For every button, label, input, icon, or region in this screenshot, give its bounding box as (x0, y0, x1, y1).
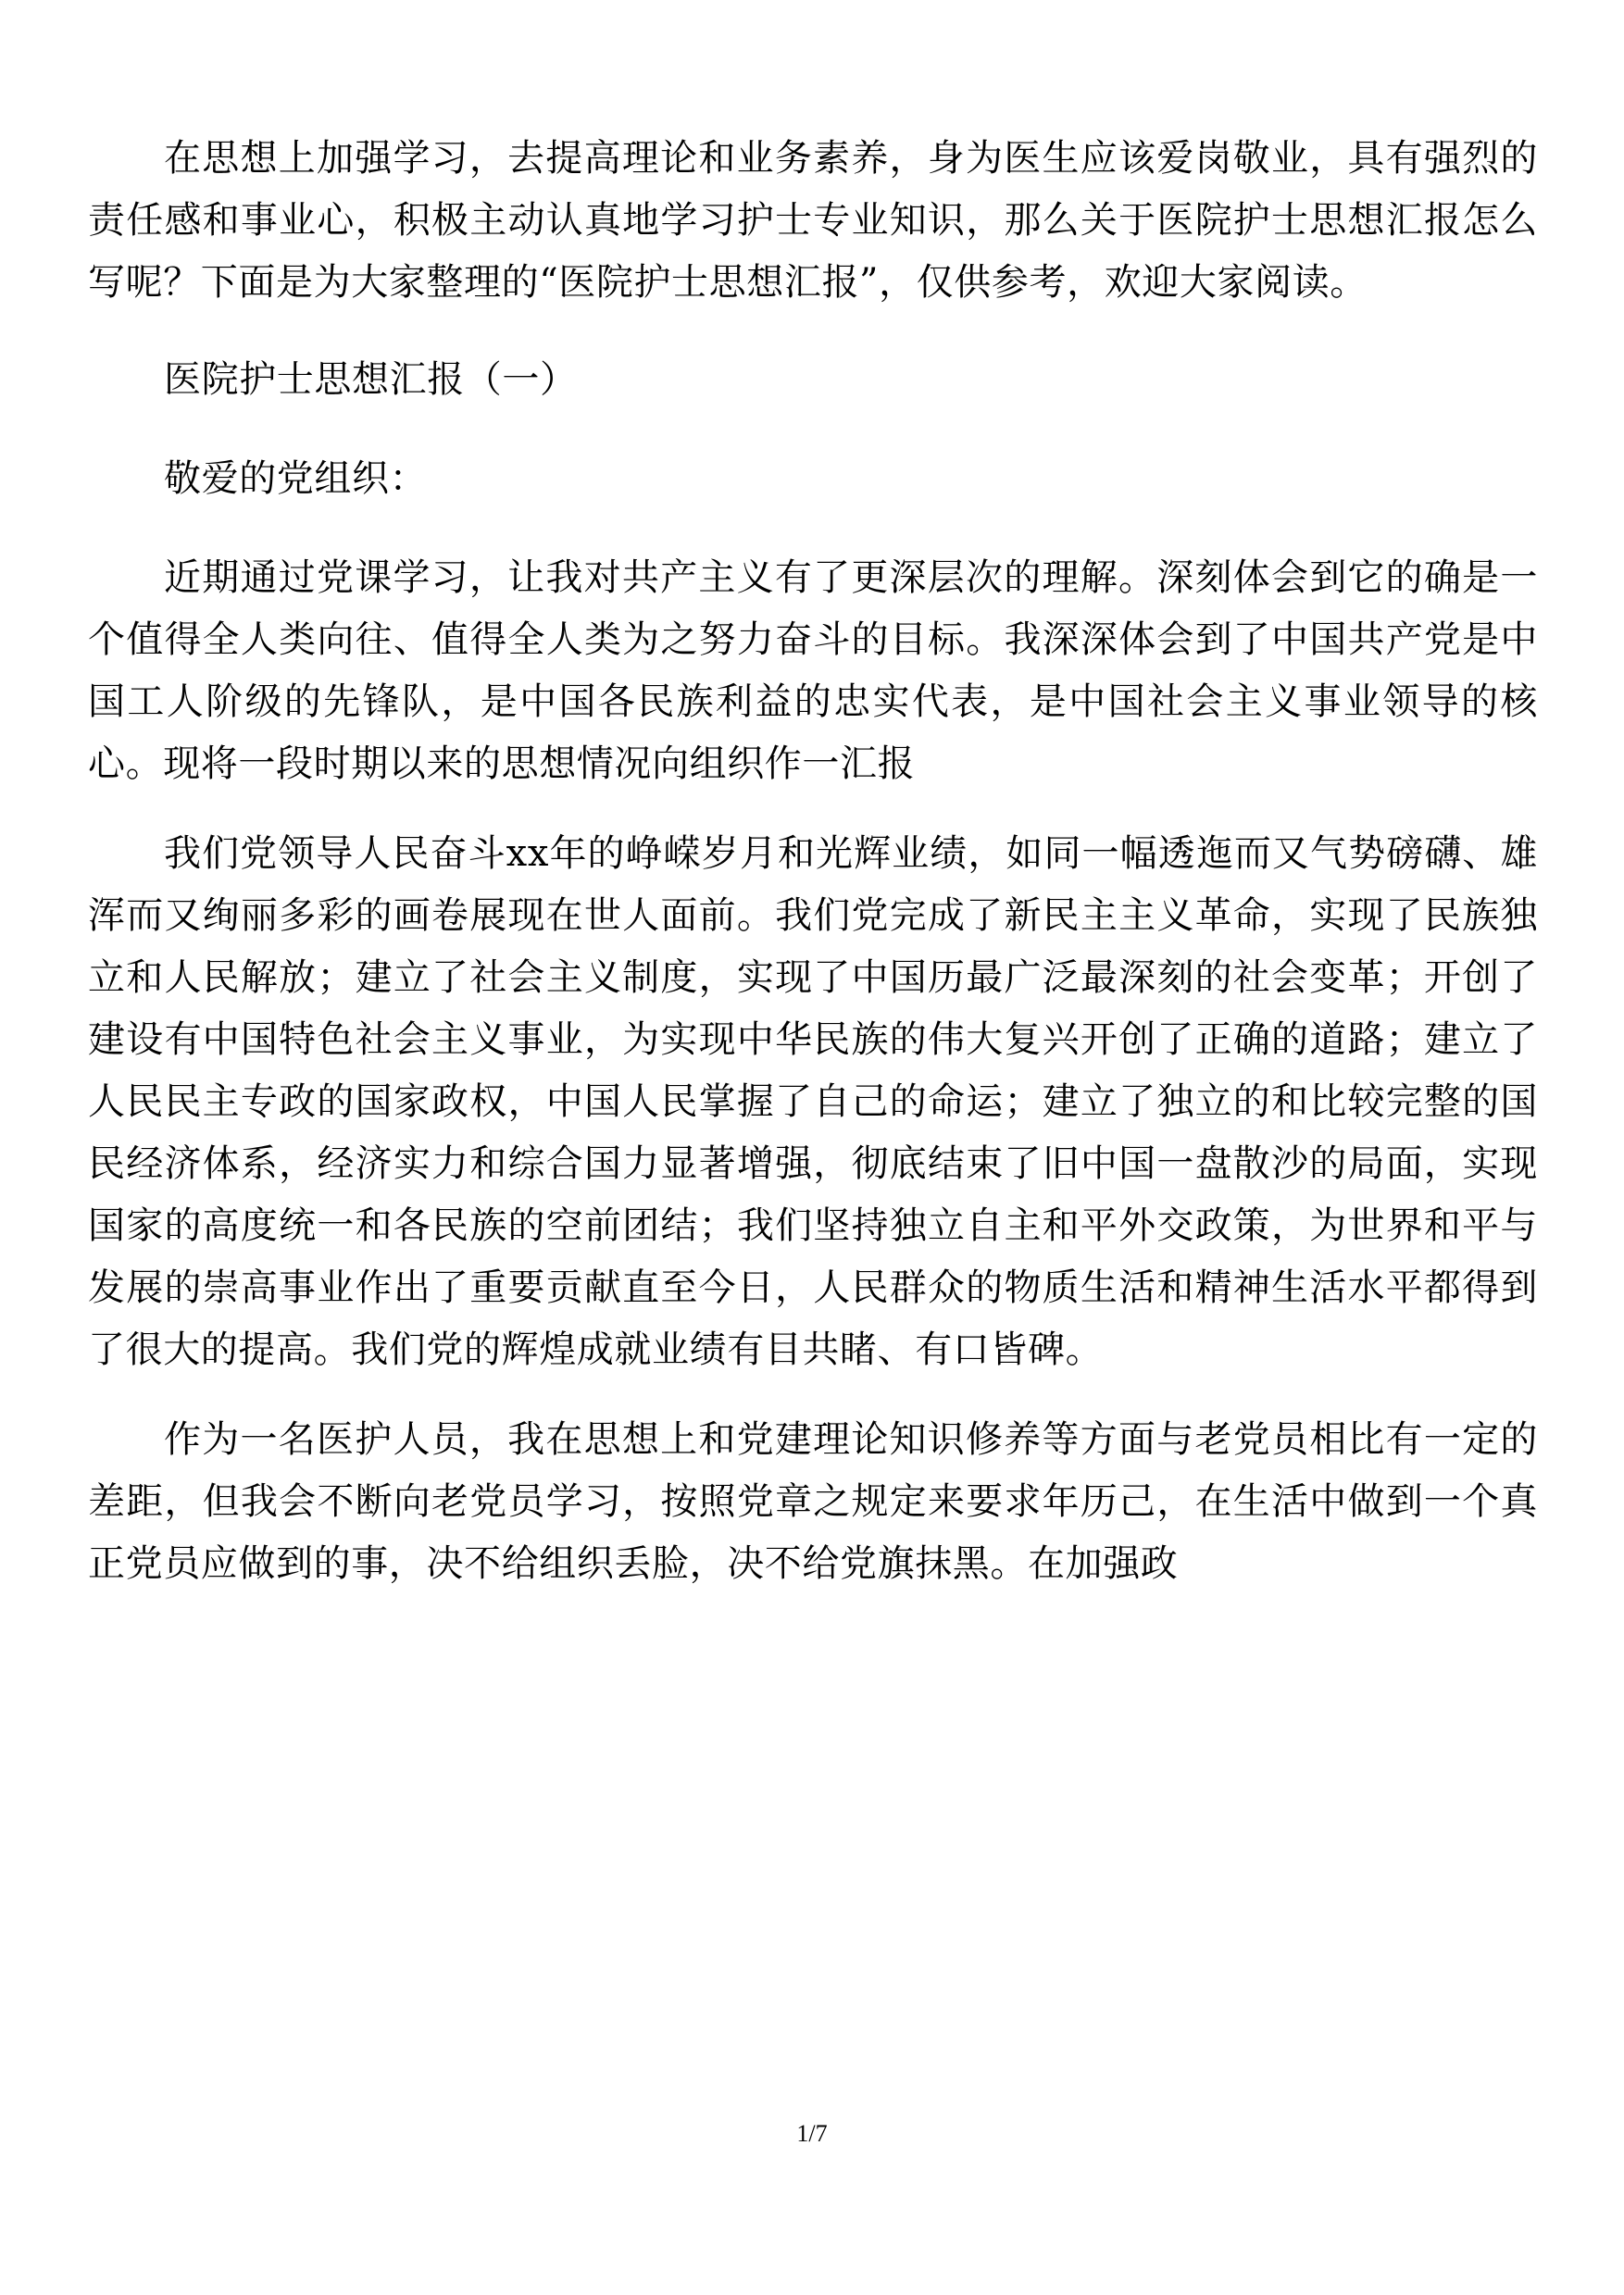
body-paragraph: 近期通过党课学习，让我对共产主义有了更深层次的理解。深刻体会到它的确是一个值得全… (88, 547, 1538, 795)
body-paragraph: 我们党领导人民奋斗xx年的峥嵘岁月和光辉业绩，如同一幅透迤而又气势磅礴、雄浑而又… (88, 823, 1538, 1381)
salutation: 敬爱的党组织： (88, 448, 1538, 510)
body-paragraph: 作为一名医护人员，我在思想上和党建理论知识修养等方面与老党员相比有一定的差距，但… (88, 1409, 1538, 1595)
intro-paragraph: 在思想上加强学习，去提高理论和业务素养，身为医生应该爱岗敬业，具有强烈的责任感和… (88, 128, 1538, 314)
page-number: 1/7 (0, 2120, 1624, 2148)
section-title: 医院护士思想汇报（一） (88, 349, 1538, 411)
document-body: 在思想上加强学习，去提高理论和业务素养，身为医生应该爱岗敬业，具有强烈的责任感和… (88, 128, 1538, 1623)
